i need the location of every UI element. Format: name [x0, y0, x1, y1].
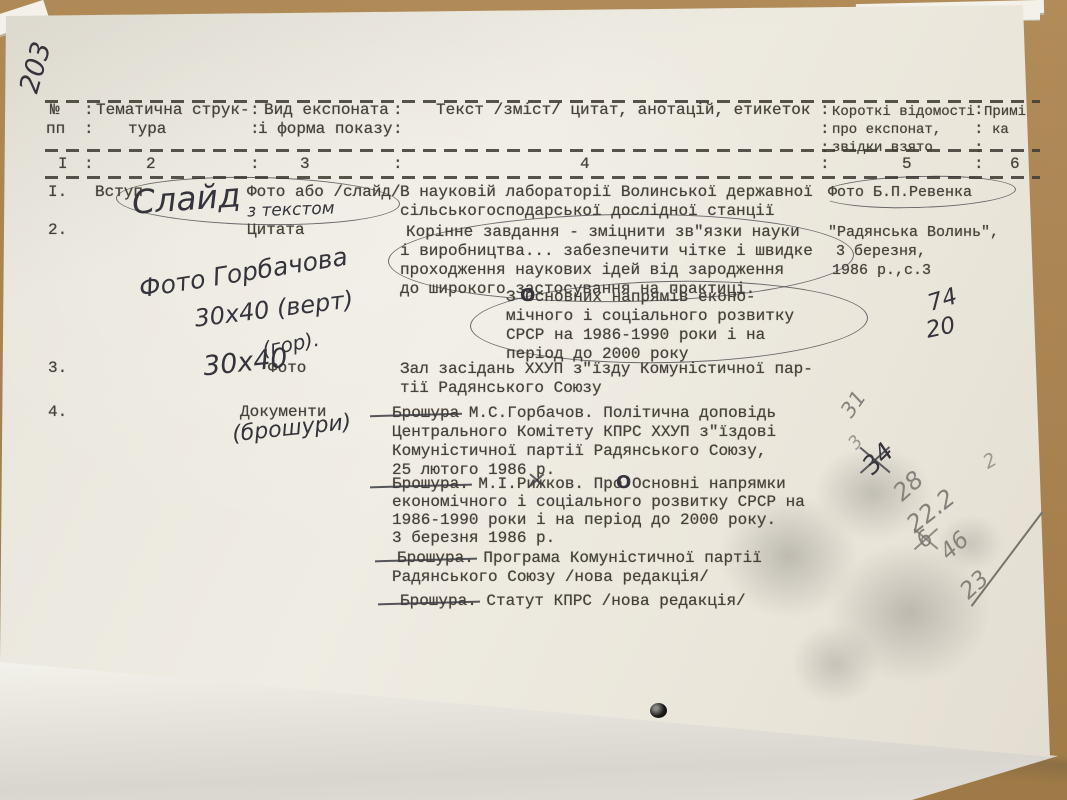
hole-punch: [650, 703, 667, 718]
row4-doc3-line1: Брошура. Програма Комуністичної партії: [397, 549, 762, 568]
hand-inked-o-2: О: [616, 472, 631, 493]
colnum-1: І: [58, 155, 68, 174]
photographed-document: 203 № пп : : Тематична струк- тура : : В…: [0, 0, 1067, 800]
colnum-2: 2: [146, 155, 156, 174]
header-sep-3a: :: [393, 101, 403, 120]
header-col5-line1: Короткі відомості: [832, 103, 975, 122]
header-col5-line2: про експонат,: [832, 121, 941, 140]
header-sep-5a: :: [974, 101, 984, 120]
colnum-6: 6: [1010, 155, 1020, 174]
row4-number: 4.: [48, 403, 67, 422]
row2-ref-line1: "Радянська Волинь",: [828, 223, 999, 242]
colnum-sep-4: :: [820, 155, 830, 174]
hand-inked-o-1: О: [520, 285, 535, 306]
row1-text-line1: В науковій лабораторії Волинської держав…: [400, 183, 813, 202]
pen-x-over-34: [860, 446, 890, 474]
header-sep-4b: :: [820, 120, 830, 139]
row3-text-line2: тії Радянського Союзу: [400, 379, 602, 398]
row4-doc1-struck-label: Брошура: [392, 404, 459, 423]
header-col3-line2: і форма показу: [258, 120, 392, 139]
header-mid-rule: [45, 149, 1040, 152]
row4-doc3-line2: Радянського Союзу /нова редакція/: [392, 568, 709, 587]
pen-x-name-correction: [530, 473, 544, 487]
colnum-sep-3: :: [393, 155, 403, 174]
row3-number: 3.: [48, 359, 67, 378]
header-col2-line1: Тематична струк-: [96, 101, 250, 120]
header-col4-title: Текст /зміст/ цитат, анотацій, етикеток: [436, 101, 810, 120]
row2-kind: Цитата: [247, 221, 305, 240]
row2-number: 2.: [48, 221, 67, 240]
colnum-3: 3: [300, 155, 310, 174]
pencil-x-over-6: [914, 528, 938, 550]
colnum-sep-2: :: [250, 155, 260, 174]
header-sep-1a: :: [84, 101, 94, 120]
header-sep-3b: :: [393, 120, 403, 139]
row4-doc2-struck-label: Брошура.: [392, 475, 469, 494]
header-sep-5b: :: [974, 120, 984, 139]
row4-doc1-line2: Центрального Комітету КПРС ХХУП з"їздові: [392, 423, 776, 442]
header-col6-line2: ка: [992, 121, 1009, 140]
row4-doc1-line3: Комуністичної партії Радянського Союзу,: [392, 442, 766, 461]
header-col6-line1: Примі: [984, 103, 1026, 122]
row4-doc4-title: Статут КПРС /нова редакція/: [477, 592, 746, 610]
row4-doc3-title: Програма Комуністичної партії: [474, 549, 762, 567]
row3-text-line1: Зал засідань ХХУП з"їзду Комуністичної п…: [400, 360, 813, 379]
header-col3-line1: Вид експоната: [264, 101, 389, 120]
colnum-4: 4: [580, 155, 590, 174]
row4-doc2-line4: 3 березня 1986 р.: [392, 529, 555, 548]
row4-doc2-line2: економічного і соціального розвитку СРСР…: [392, 493, 805, 512]
colnum-5: 5: [902, 155, 912, 174]
header-sep-4a: :: [820, 101, 830, 120]
row1-number: І.: [48, 183, 67, 202]
header-sep-2a: :: [250, 101, 260, 120]
row4-doc1-title: М.С.Горбачов. Політична доповідь: [459, 404, 776, 422]
row4-doc4-line1: Брошура. Статут КПРС /нова редакція/: [400, 592, 746, 611]
row4-doc2-line3: 1986-1990 роки і на період до 2000 року.: [392, 511, 776, 530]
header-col2-line2: тура: [128, 120, 166, 139]
row4-doc3-struck-label: Брошура.: [397, 549, 474, 568]
colnum-sep-5: :: [974, 155, 984, 174]
header-col1-line2: пп: [46, 120, 65, 139]
row4-doc2-line1: Брошура. М.І.Рижков. Про Основні напрямк…: [392, 475, 786, 494]
header-sep-1b: :: [84, 120, 94, 139]
row4-doc1-line1: Брошура М.С.Горбачов. Політична доповідь: [392, 404, 776, 423]
row4-doc4-struck-label: Брошура.: [400, 592, 477, 611]
colnum-sep-1: :: [84, 155, 94, 174]
header-col1-line1: №: [50, 101, 60, 120]
